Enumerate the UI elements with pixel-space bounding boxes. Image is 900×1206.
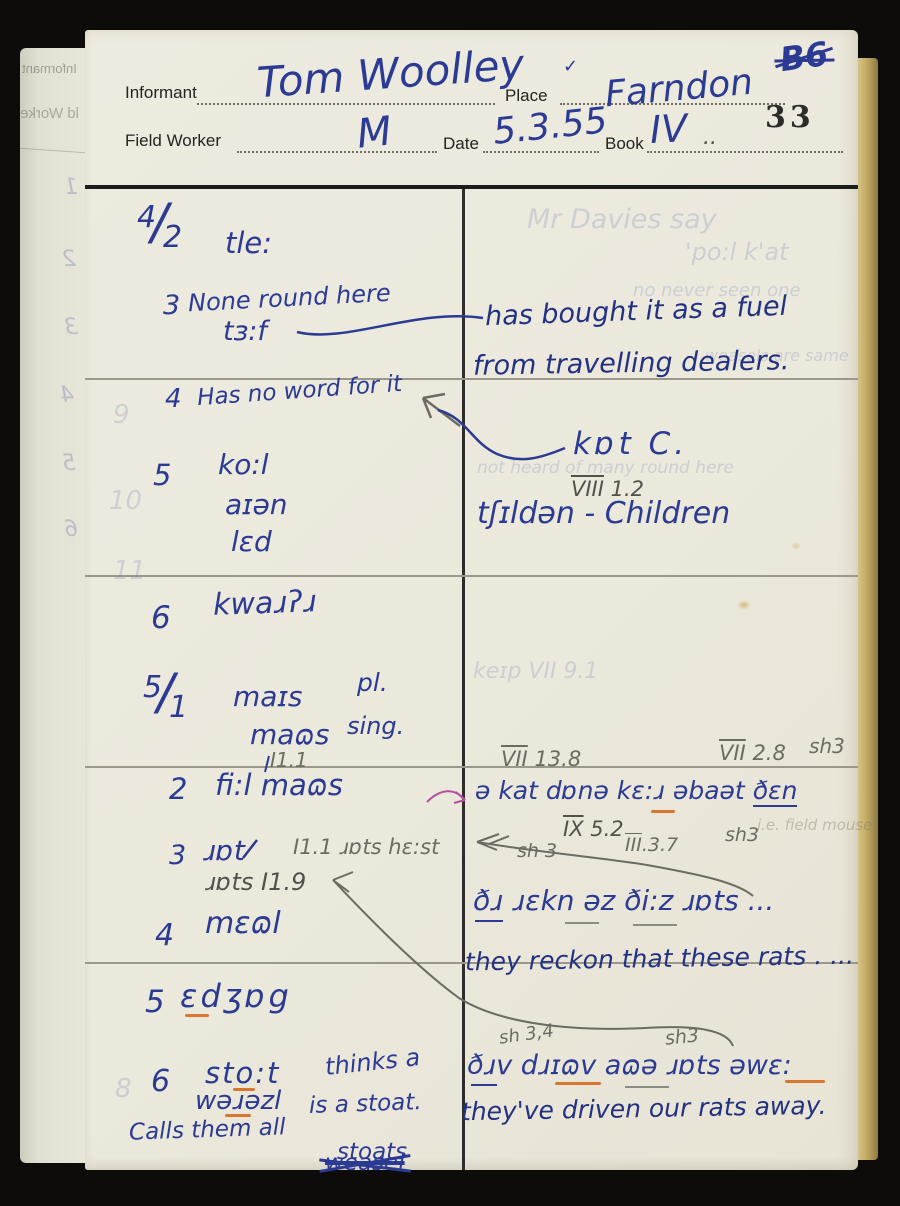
header-divider [85, 185, 858, 189]
page-stack-edge [856, 58, 878, 1160]
bleedthrough-digit: 9 [113, 402, 130, 429]
phonetic-entry: tʃɪldən - Children [477, 498, 730, 530]
entry-number: 2 [169, 774, 187, 804]
reference-pencil: sh 3 [517, 842, 557, 862]
phonetic-entry: ɛdʒɒg [180, 980, 292, 1014]
bleedthrough-text: Mr Davies say [527, 206, 717, 234]
ink-connector-line [297, 316, 483, 334]
phonetic-entry: tɜ:f [223, 318, 267, 346]
bleedthrough-digit: 10 [109, 488, 142, 515]
informant-rule [197, 103, 495, 105]
reference-pencil: IX 5.2 [563, 818, 624, 840]
gloss-english: they've driven our rats away. [461, 1093, 827, 1126]
checkmark: ✓ [563, 58, 578, 77]
row-rule-3 [85, 766, 858, 768]
entry-number: 4 [165, 386, 182, 413]
entry-number: 3 [169, 842, 186, 870]
entry-number: 5 [153, 460, 171, 490]
spine-ghost-rule [20, 148, 86, 154]
stain [737, 600, 751, 610]
phonetic-entry: ə kat dɒnə kɛ:ɹ əbaət ðɛn [475, 778, 797, 804]
crossed-out-number: B6 [778, 37, 830, 78]
book-dots: .. [703, 126, 717, 149]
spine-ghost-digit: 1 [64, 176, 78, 199]
magenta-arrow [427, 791, 465, 803]
orange-underline [185, 1014, 209, 1017]
blue-underline [475, 920, 503, 922]
reference-pencil: ɹɒts I1.9 [205, 870, 306, 895]
entry-note: stoats [337, 1140, 407, 1164]
entry-number-fraction: 4/2 [137, 196, 182, 254]
entry-note: pl. [357, 670, 388, 696]
entry-number: 6 [151, 602, 171, 635]
phonetic-entry: wəɹəzl [195, 1088, 281, 1115]
gloss-english: they reckon that these rats . ... [465, 943, 854, 976]
entry-note: is a stoat. [309, 1090, 422, 1118]
ink-connector-curve [438, 410, 565, 459]
entry-number: 4 [155, 920, 174, 952]
pencil-ghost-note: i.e. field mouse [757, 818, 872, 834]
phonetic-entry: ko:l [218, 450, 269, 479]
phonetic-entry: sto:t [205, 1058, 280, 1088]
reference-pencil: sh3 [809, 736, 845, 757]
spine-ghost-digit: 5 [62, 452, 76, 475]
phonetic-entry: maɷs [250, 720, 329, 749]
previous-page-edge: Informant ld Worke 1 2 3 4 5 6 [20, 48, 86, 1163]
pencil-arrow [423, 394, 460, 426]
spine-ghost-digit: 3 [64, 316, 78, 339]
ink-tick [243, 840, 257, 858]
phonetic-entry: tle: [225, 228, 272, 258]
row-rule-1 [85, 378, 858, 380]
fieldworker-rule [237, 151, 437, 153]
fieldworker-label: Field Worker [125, 132, 221, 150]
phonetic-entry: ɹɒt [203, 836, 245, 865]
phonetic-entry: aɪən [225, 490, 288, 519]
phonetic-entry: mɛɷl [205, 908, 281, 940]
orange-underline [785, 1080, 825, 1083]
entry-note: None round here [187, 281, 391, 317]
phonetic-entry: ðɹv dɹɪɷv aɷə ɹɒts əwɛ: [467, 1052, 792, 1080]
reference-pencil: sh3 [664, 1026, 700, 1049]
pencil-underline [633, 924, 677, 926]
pencil-underline [565, 922, 599, 924]
bleedthrough-digit: 11 [113, 558, 146, 585]
stain [791, 542, 801, 550]
bleedthrough-text: 'po:l k'at [685, 240, 789, 265]
entry-number-fraction: 5/1 [143, 666, 188, 724]
column-divider [462, 189, 465, 1170]
phonetic-entry: kwaɹʔɹ [212, 586, 317, 621]
page-number: 33 [765, 102, 815, 134]
phonetic-entry: fi:l maɷs [215, 770, 343, 800]
orange-underline [555, 1082, 601, 1085]
phonetic-entry: maɪs [233, 682, 302, 711]
reference-pencil: VII 13.8 [501, 748, 581, 770]
entry-number: 3 [163, 292, 180, 320]
reference-pencil: III.3.7 [625, 836, 678, 856]
book-value: IV [649, 109, 688, 151]
spine-ghost-digit: 4 [60, 384, 74, 407]
row-rule-2 [85, 575, 858, 577]
entry-number: 6 [151, 1066, 170, 1098]
phonetic-entry: kɒt C. [573, 428, 688, 461]
entry-number: 5 [145, 986, 165, 1019]
spine-ghost-label: Informant [22, 62, 77, 76]
entry-note: thinks a [324, 1045, 421, 1080]
informant-label: Informant [125, 84, 197, 102]
reference-pencil: sh 3,4 [498, 1022, 555, 1048]
form-header: Informant Place Field Worker Date Book T… [85, 30, 858, 65]
book-rule [647, 151, 843, 153]
spine-ghost-digit: 6 [64, 518, 78, 541]
bleedthrough-text: not heard of many round here [477, 460, 734, 478]
phonetic-entry: lɛd [231, 527, 272, 556]
bleedthrough-digit: 8 [115, 1076, 132, 1103]
spine-ghost-label: ld Worke [20, 106, 79, 122]
fieldworker-value: M [355, 110, 394, 155]
reference-pencil: sh3 [725, 826, 759, 846]
gloss-english: has bought it as a fuel [485, 293, 788, 332]
blue-underline [471, 1084, 497, 1086]
phonetic-entry: ðɹ ɹɛkn əz ði:z ɹɒts ... [473, 886, 774, 915]
gloss-english: from travelling dealers. [473, 347, 790, 381]
scanned-notebook-photo: { "header": { "informant_label": "Inform… [0, 0, 900, 1206]
notebook-page: Informant Place Field Worker Date Book T… [85, 30, 858, 1170]
bleedthrough-text: keɪp VII 9.1 [473, 660, 598, 683]
spine-ghost-digit: 2 [62, 248, 76, 271]
date-label: Date [443, 135, 479, 153]
informant-value: Tom Woolley [256, 43, 526, 106]
place-label: Place [505, 87, 548, 105]
reference-pencil: I1.1 ɹɒts hɛ:st [293, 836, 439, 858]
entry-note: Calls them all [129, 1115, 286, 1145]
book-label: Book [605, 135, 644, 153]
reference-pencil: VII 2.8 [719, 742, 786, 764]
date-value: 5.3.55 [491, 102, 609, 152]
underlined-word: ðɛn [753, 776, 798, 807]
orange-underline [651, 810, 675, 813]
entry-note: sing. [347, 714, 404, 739]
pencil-underline [625, 1086, 669, 1088]
